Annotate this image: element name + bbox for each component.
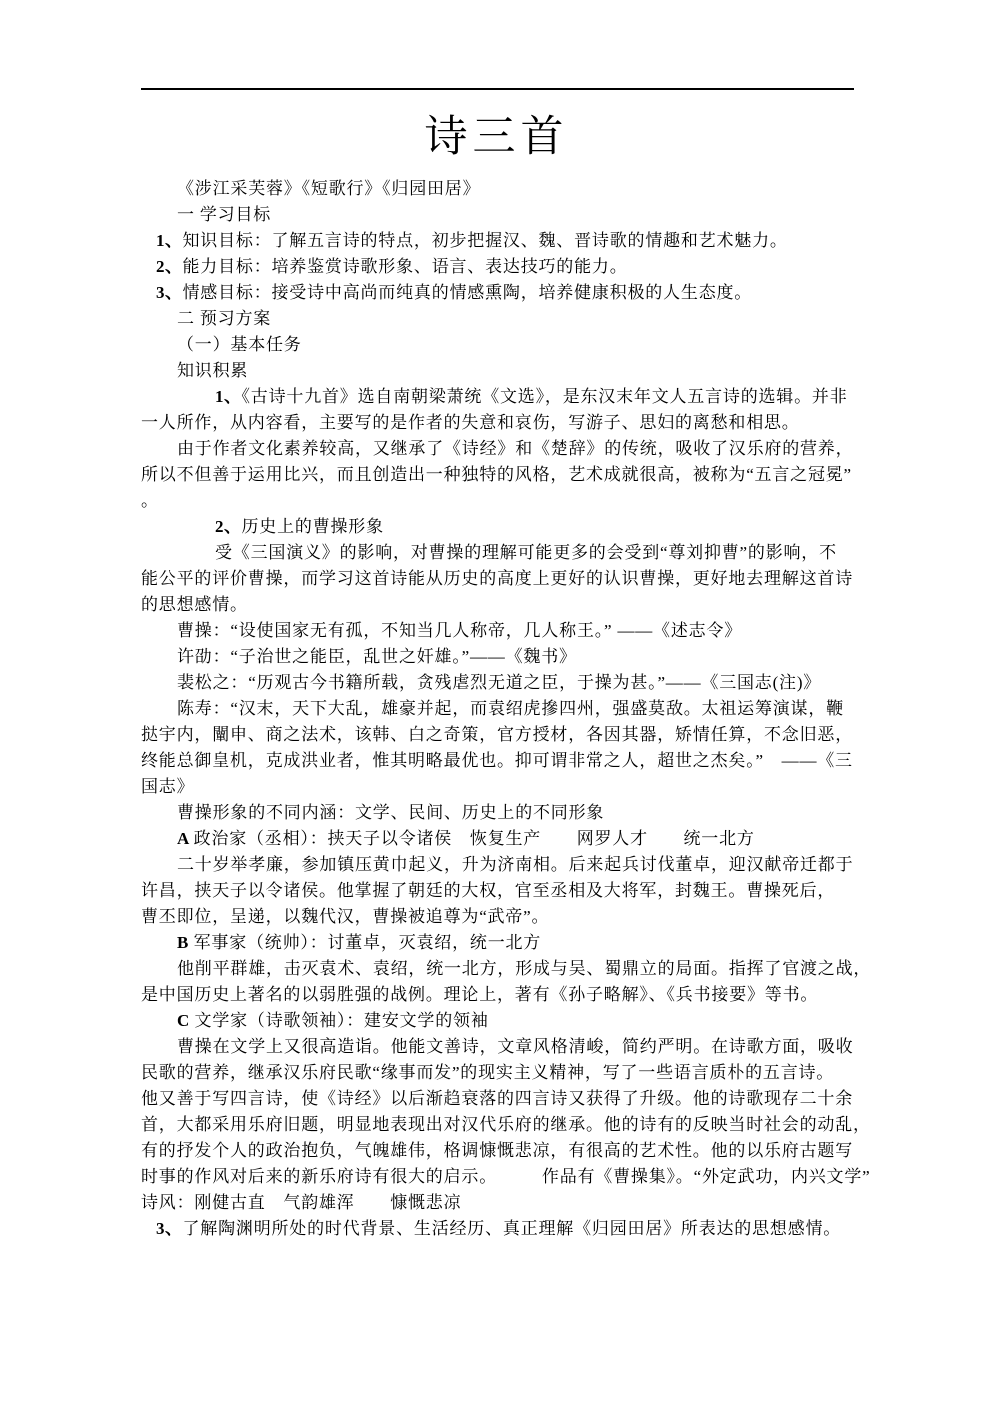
line-text: 政治家（丞相）：挟天子以令诸侯 恢复生产 网罗人才 统一北方 [194,829,755,848]
line-text: 所以不但善于运用比兴，而且创造出一种独特的风格，艺术成就很高，被称为“五言之冠冕… [141,465,852,484]
text-line: 曹操在文学上又很高造诣。他能文善诗，文章风格清峻，简约严明。在诗歌方面，吸收 [141,1034,857,1060]
text-line: 首，大都采用乐府旧题，明显地表现出对汉代乐府的继承。他的诗有的反映当时社会的动乱… [141,1112,857,1138]
line-text: 文学家（诗歌领袖）：建安文学的领袖 [195,1011,489,1030]
line-text: 军事家（统帅）：讨董卓，灭袁绍，统一北方 [194,933,542,952]
text-line: 。 [141,488,857,514]
line-number-prefix: C [177,1011,195,1030]
text-line: 曹丕即位，呈递，以魏代汉，曹操被追尊为“武帝”。 [141,904,857,930]
text-line: 诗风：刚健古直 气韵雄浑 慷慨悲凉 [141,1190,857,1216]
text-line: 二 预习方案 [141,306,857,332]
line-text: 一人所作，从内容看，主要写的是作者的失意和哀伤，写游子、思妇的离愁和相思。 [141,413,800,432]
line-text: 首，大都采用乐府旧题，明显地表现出对汉代乐府的继承。他的诗有的反映当时社会的动乱… [141,1115,871,1134]
text-line: 由于作者文化素养较高，又继承了《诗经》和《楚辞》的传统，吸收了汉乐府的营养， [141,436,857,462]
text-line: 3、情感目标：接受诗中高尚而纯真的情感熏陶，培养健康积极的人生态度。 [141,280,857,306]
text-line: 国志》 [141,774,857,800]
line-text: （一）基本任务 [177,335,302,354]
line-text: 一 学习目标 [177,205,271,224]
line-text: 曹操形象的不同内涵：文学、民间、历史上的不同形象 [177,803,604,822]
line-text: 二十岁举孝廉，参加镇压黄巾起义，升为济南相。后来起兵讨伐董卓，迎汉献帝迁都于 [177,855,853,874]
line-number-prefix: 3、 [156,1219,183,1238]
line-number-prefix: 1、 [156,231,183,250]
line-text: 知识积累 [177,361,248,380]
line-number-prefix: A [177,829,194,848]
line-text: 国志》 [141,777,194,796]
line-text: 知识目标：了解五言诗的特点，初步把握汉、魏、晋诗歌的情趣和艺术魅力。 [183,231,788,250]
line-number-prefix: B [177,933,194,952]
text-line: 他削平群雄，击灭袁术、袁绍，统一北方，形成与吴、蜀鼎立的局面。指挥了官渡之战， [141,956,857,982]
line-text: 曹操在文学上又很高造诣。他能文善诗，文章风格清峻，简约严明。在诗歌方面，吸收 [177,1037,853,1056]
line-text: 民歌的营养，继承汉乐府民歌“缘事而发”的现实主义精神，写了一些语言质朴的五言诗。 [141,1063,834,1082]
text-line: 3、了解陶渊明所处的时代背景、生活经历、真正理解《归园田居》所表达的思想感情。 [141,1216,857,1242]
text-line: 挞宇内，闡申、商之法术，该韩、白之奇策，官方授材，各因其器，矫情任算，不念旧恶， [141,722,857,748]
line-text: 曹丕即位，呈递，以魏代汉，曹操被追尊为“武帝”。 [141,907,549,926]
line-text: 《古诗十九首》选自南朝梁萧统《文选》，是东汉末年文人五言诗的选辑。并非 [242,387,848,406]
text-line: 1、《古诗十九首》选自南朝梁萧统《文选》，是东汉末年文人五言诗的选辑。并非 [141,384,857,410]
text-line: 民歌的营养，继承汉乐府民歌“缘事而发”的现实主义精神，写了一些语言质朴的五言诗。 [141,1060,857,1086]
line-text: 陈寿：“汉末，天下大乱，雄豪并起，而袁绍虎摻四州，强盛莫敌。太祖运筹演谋，鞭 [177,699,844,718]
line-text: 诗风：刚健古直 气韵雄浑 慷慨悲凉 [141,1193,461,1212]
text-line: 所以不但善于运用比兴，而且创造出一种独特的风格，艺术成就很高，被称为“五言之冠冕… [141,462,857,488]
text-line: 一人所作，从内容看，主要写的是作者的失意和哀伤，写游子、思妇的离愁和相思。 [141,410,857,436]
text-line: 《涉江采芙蓉》《短歌行》《归园田居》 [141,176,857,202]
line-text: 裴松之：“历观古今书籍所载，贪残虐烈无道之臣，于操为甚。”——《三国志(注)》 [177,673,821,692]
line-text: 终能总御皇机，克成洪业者，惟其明略最优也。抑可谓非常之人，超世之杰矣。” ——《… [141,751,853,770]
line-text: 能公平的评价曹操，而学习这首诗能从历史的高度上更好的认识曹操，更好地去理解这首诗 [141,569,853,588]
line-text: 由于作者文化素养较高，又继承了《诗经》和《楚辞》的传统，吸收了汉乐府的营养， [177,439,853,458]
text-line: 裴松之：“历观古今书籍所载，贪残虐烈无道之臣，于操为甚。”——《三国志(注)》 [141,670,857,696]
line-text: 有的抒发个人的政治抱负，气魄雄伟，格调慷慨悲凉，有很高的艺术性。他的以乐府古题写 [141,1141,853,1160]
line-text: 他削平群雄，击灭袁术、袁绍，统一北方，形成与吴、蜀鼎立的局面。指挥了官渡之战， [177,959,871,978]
line-text: 历史上的曹操形象 [242,517,384,536]
text-line: 二十岁举孝廉，参加镇压黄巾起义，升为济南相。后来起兵讨伐董卓，迎汉献帝迁都于 [141,852,857,878]
text-line: 曹操：“设使国家无有孤，不知当几人称帝，几人称王。” ——《述志令》 [141,618,857,644]
line-number-prefix: 3、 [156,283,183,302]
text-line: 曹操形象的不同内涵：文学、民间、历史上的不同形象 [141,800,857,826]
line-number-prefix: 2、 [156,257,183,276]
text-line: A 政治家（丞相）：挟天子以令诸侯 恢复生产 网罗人才 统一北方 [141,826,857,852]
text-line: 的思想感情。 [141,592,857,618]
line-text: 时事的作风对后来的新乐府诗有很大的启示。 作品有《曹操集》。“外定武功，内兴文学… [141,1167,871,1186]
text-line: 陈寿：“汉末，天下大乱，雄豪并起，而袁绍虎摻四州，强盛莫敌。太祖运筹演谋，鞭 [141,696,857,722]
text-line: 他又善于写四言诗，使《诗经》以后渐趋衰落的四言诗又获得了升级。他的诗歌现存二十余 [141,1086,857,1112]
line-text: 许昌，挟天子以令诸侯。他掌握了朝廷的大权，官至丞相及大将军，封魏王。曹操死后， [141,881,835,900]
text-line: 时事的作风对后来的新乐府诗有很大的启示。 作品有《曹操集》。“外定武功，内兴文学… [141,1164,857,1190]
line-number-prefix: 2、 [215,517,242,536]
document-title: 诗三首 [0,112,993,164]
text-line: 能公平的评价曹操，而学习这首诗能从历史的高度上更好的认识曹操，更好地去理解这首诗 [141,566,857,592]
line-text: 了解陶渊明所处的时代背景、生活经历、真正理解《归园田居》所表达的思想感情。 [183,1219,842,1238]
text-line: 2、历史上的曹操形象 [141,514,857,540]
line-text: 是中国历史上著名的以弱胜强的战例。理论上，著有《孙子略解》、《兵书接要》等书。 [141,985,818,1004]
line-text: 情感目标：接受诗中高尚而纯真的情感熏陶，培养健康积极的人生态度。 [183,283,753,302]
text-line: 许劭：“子治世之能臣，乱世之奸雄。”——《魏书》 [141,644,857,670]
line-text: 二 预习方案 [177,309,271,328]
line-text: 挞宇内，闡申、商之法术，该韩、白之奇策，官方授材，各因其器，矫情任算，不念旧恶， [141,725,853,744]
line-text: 受《三国演义》的影响，对曹操的理解可能更多的会受到“尊刘抑曹”的影响，不 [215,543,837,562]
text-line: B 军事家（统帅）：讨董卓，灭袁绍，统一北方 [141,930,857,956]
text-line: 一 学习目标 [141,202,857,228]
text-line: 是中国历史上著名的以弱胜强的战例。理论上，著有《孙子略解》、《兵书接要》等书。 [141,982,857,1008]
text-line: 1、知识目标：了解五言诗的特点，初步把握汉、魏、晋诗歌的情趣和艺术魅力。 [141,228,857,254]
line-text: 他又善于写四言诗，使《诗经》以后渐趋衰落的四言诗又获得了升级。他的诗歌现存二十余 [141,1089,853,1108]
line-text: 能力目标：培养鉴赏诗歌形象、语言、表达技巧的能力。 [183,257,628,276]
text-line: （一）基本任务 [141,332,857,358]
text-line: C 文学家（诗歌领袖）：建安文学的领袖 [141,1008,857,1034]
text-line: 知识积累 [141,358,857,384]
document-page: 诗三首 《涉江采芙蓉》《短歌行》《归园田居》一 学习目标1、知识目标：了解五言诗… [0,0,993,1404]
text-line: 许昌，挟天子以令诸侯。他掌握了朝廷的大权，官至丞相及大将军，封魏王。曹操死后， [141,878,857,904]
line-text: 。 [141,491,159,510]
header-divider-line [141,88,854,90]
line-text: 曹操：“设使国家无有孤，不知当几人称帝，几人称王。” ——《述志令》 [177,621,742,640]
text-line: 终能总御皇机，克成洪业者，惟其明略最优也。抑可谓非常之人，超世之杰矣。” ——《… [141,748,857,774]
document-content: 《涉江采芙蓉》《短歌行》《归园田居》一 学习目标1、知识目标：了解五言诗的特点，… [141,176,857,1242]
line-text: 的思想感情。 [141,595,248,614]
line-number-prefix: 1、 [215,387,242,406]
text-line: 受《三国演义》的影响，对曹操的理解可能更多的会受到“尊刘抑曹”的影响，不 [141,540,857,566]
line-text: 许劭：“子治世之能臣，乱世之奸雄。”——《魏书》 [177,647,577,666]
text-line: 2、能力目标：培养鉴赏诗歌形象、语言、表达技巧的能力。 [141,254,857,280]
line-text: 《涉江采芙蓉》《短歌行》《归园田居》 [177,179,480,198]
text-line: 有的抒发个人的政治抱负，气魄雄伟，格调慷慨悲凉，有很高的艺术性。他的以乐府古题写 [141,1138,857,1164]
